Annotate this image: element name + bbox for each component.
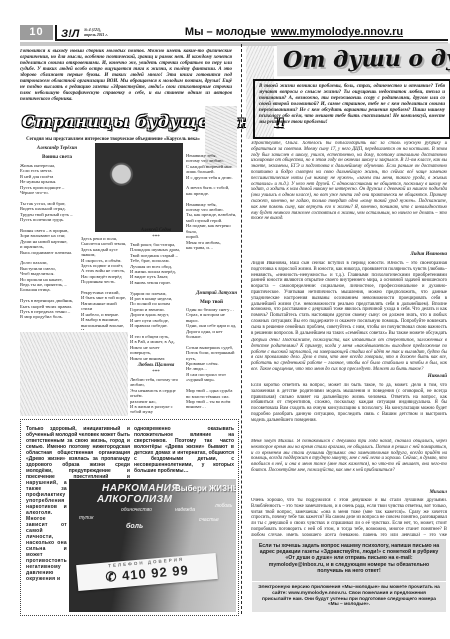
poster-word-narkomania: НАРКОМАНИЯ bbox=[102, 483, 179, 494]
poem-author-shchalneva: Любовь Щалнева bbox=[130, 363, 182, 368]
poem-separator-stars: *** bbox=[130, 235, 182, 240]
poem-column-1: Жизнь интересна, Если есть мечта. В ней … bbox=[20, 163, 78, 330]
column-divider bbox=[241, 44, 242, 614]
poster-word-tupik: тупик bbox=[79, 515, 93, 521]
poster-word-schaste: счастье bbox=[199, 517, 219, 523]
section-subtitle: Сегодня мы представляем интересное творч… bbox=[24, 137, 202, 143]
space-illustration bbox=[95, 143, 183, 232]
helpline-number: 410 92 99 bbox=[121, 562, 189, 583]
masthead: Мы – молодые www.mymolodye.nnov.ru bbox=[140, 26, 448, 38]
column-title-ot-dushi: От души о душе! bbox=[277, 43, 450, 76]
psychologist-intro-box: В твоей жизни возникли проблемы, боль, с… bbox=[253, 79, 450, 139]
issue-date: апрель 2011 г. bbox=[84, 32, 124, 37]
poem-separator-stars-2: *** bbox=[130, 370, 182, 375]
poem-column-2b: Люблю тебя, потому что люблю, Эта ненави… bbox=[130, 377, 182, 415]
masthead-url-link[interactable]: www.mymolodye.nnov.ru bbox=[271, 26, 403, 38]
psychologist-answer-2: Если коротко ответить на вопрос, может л… bbox=[251, 383, 447, 435]
psychologist-answer-1: Лидия Ивановна, Ваш сын сейчас вступил в… bbox=[251, 261, 447, 335]
hands-illustration bbox=[20, 332, 128, 416]
poem-column-2: Твой рокот, бас-гитара, Площадок шумных … bbox=[130, 242, 182, 360]
letter-1-signature: Лидия Ивановна bbox=[251, 252, 447, 257]
poster-word-alkogolizm: АЛКОГОЛИЗМ bbox=[97, 494, 172, 505]
poem-author-latukhin: Дмитрий Латухин bbox=[186, 291, 237, 296]
poster-word-odinochestvo: одиночество bbox=[121, 507, 152, 513]
issue-info: № 4 (121), апрель 2011 г. bbox=[84, 27, 124, 37]
site-version-box[interactable]: Электронную версию приложения «Мы–молоды… bbox=[252, 582, 446, 612]
article-column-1-continued: нарушений, а также за профилактику употр… bbox=[26, 480, 67, 610]
section-title: Страницы будущей книги bbox=[22, 112, 284, 131]
ask-psychologist-box[interactable]: Если ты хочешь задать вопрос нашему псих… bbox=[252, 539, 446, 581]
psychologist-answer-3: Очень хорошо, что ты подружился с этой д… bbox=[251, 498, 447, 536]
poem-title-voiny-sveta: Воины света bbox=[22, 154, 92, 160]
poetry-intro-paragraph: Готовится к выходу новый сборник молодых… bbox=[20, 49, 232, 111]
poem-title-mir-tvoy: Мир твой bbox=[186, 299, 237, 305]
drevo-zhizni-article-box: Только здоровый, инициативный и обученны… bbox=[20, 419, 239, 616]
header-divider-bar bbox=[55, 25, 57, 40]
letter-2-signature: Николай bbox=[251, 374, 447, 379]
reader-letter-1: Здравствуйте, Ольга. Хотелось бы поблаго… bbox=[251, 141, 447, 251]
header-rule bbox=[55, 39, 448, 41]
phone-icon: ✆ bbox=[105, 569, 118, 585]
poem-author-sedov: Алексей Седов bbox=[130, 228, 182, 233]
poem-column-1b: Здесь реки и поля, Сыплется нотой земля,… bbox=[81, 236, 128, 330]
poster-word-bol: боль bbox=[126, 523, 143, 530]
poster-word-nadezhda: надежда bbox=[175, 507, 195, 513]
poster-title-vyberi-zhizn: Выбери ЖИЗНЬ bbox=[175, 484, 236, 493]
article-column-1: Только здоровый, инициативный и обученны… bbox=[26, 426, 130, 478]
letter-3-signature: Михаил bbox=[251, 490, 447, 495]
reader-letter-2: Добрый день! Подскажите, пожалуйста, как… bbox=[251, 338, 447, 374]
reader-letter-3: Меня зовут Михаил. Я познакомился с деву… bbox=[251, 439, 447, 490]
page-number: 10 bbox=[20, 25, 53, 40]
poem-column-4: Ненавижу тебя, потому что люблю. С каждо… bbox=[186, 153, 237, 289]
anti-drugs-poster: НАРКОМАНИЯ АЛКОГОЛИЗМ одиночество тупик … bbox=[69, 479, 236, 612]
helpline-banner: ТЕЛЕФОН ДОВЕРИЯ ✆ 410 92 99 bbox=[76, 553, 218, 591]
article-column-2: одновременно оказывать положительное вли… bbox=[134, 426, 234, 478]
poster-word-lyubov: любовь bbox=[215, 503, 232, 509]
poem-column-4b: Один по белому снегу… Страх, в котором н… bbox=[186, 307, 237, 415]
masthead-title: Мы – молодые bbox=[185, 26, 266, 38]
newspaper-page: 10 З!Л № 4 (121), апрель 2011 г. Мы – мо… bbox=[0, 0, 450, 639]
poem-author-terekhin: Александр Терёхин bbox=[22, 146, 92, 151]
